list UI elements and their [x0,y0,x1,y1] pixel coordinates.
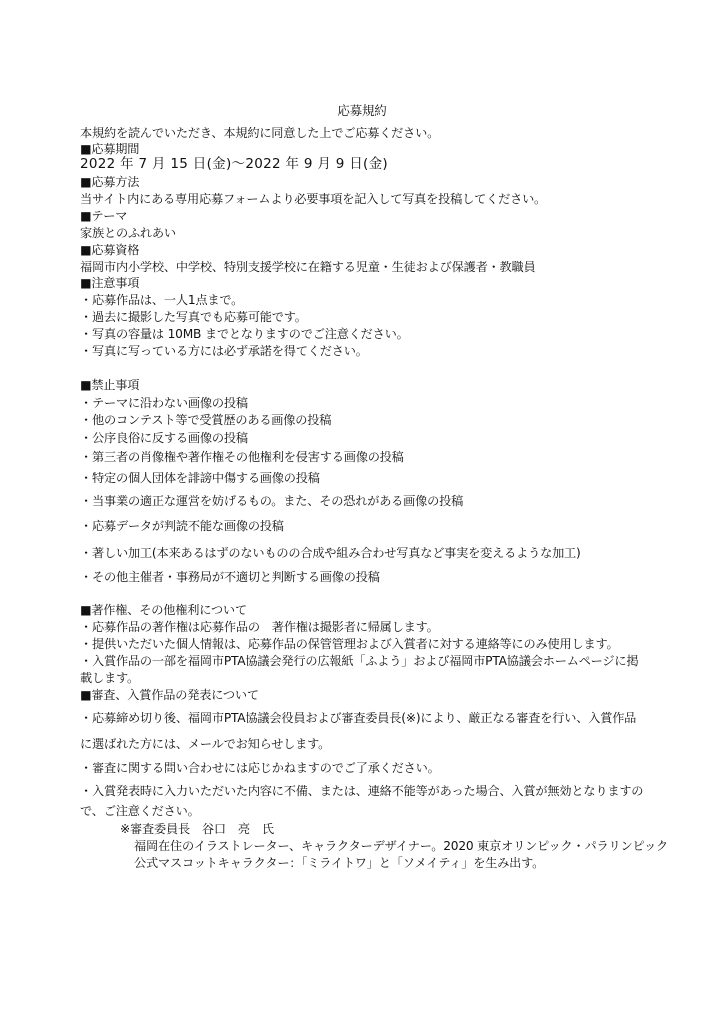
notes-item: ・写真の容量は 10MB までとなりますのでご注意ください。 [80,327,409,341]
prohibited-item: ・応募データが判読不能な画像の投稿 [80,519,284,533]
theme-value: 家族とのふれあい [80,226,176,240]
copyright-item: 載します。 [80,671,139,685]
judging-heading: ■審査、入賞作品の発表について [80,688,259,702]
prohibited-item: ・第三者の肖像権や著作権その他権利を侵害する画像の投稿 [80,450,404,464]
prohibited-heading: ■禁止事項 [80,378,139,392]
copyright-item: ・入賞作品の一部を福岡市PTA協議会発行の広報紙「ふよう」および福岡市PTA協議… [80,654,638,668]
period-heading: ■応募期間 [80,142,139,156]
judging-item: で、ご注意ください。 [80,804,200,818]
eligibility-value: 福岡市内小学校、中学校、特別支援学校に在籍する児童・生徒および保護者・教職員 [80,260,536,274]
judge-bio: 公式マスコットキャラクター：「ミライトワ」と「ソメイティ」を生み出す。 [134,856,544,870]
judge-name: ※審査委員長 谷口 亮 氏 [120,822,274,836]
notes-item: ・過去に撮影した写真でも応募可能です。 [80,310,307,324]
copyright-item: ・応募作品の著作権は応募作品の 著作権は撮影者に帰属します。 [80,620,439,634]
prohibited-item: ・テーマに沿わない画像の投稿 [80,396,248,410]
eligibility-heading: ■応募資格 [80,243,139,257]
judging-item: ・応募締め切り後、福岡市PTA協議会役員および審査委員長(※)により、厳正なる審… [80,711,636,725]
prohibited-item: ・著しい加工(本来あるはずのないものの合成や組み合わせ写真など事実を変えるような… [80,546,581,560]
notes-item: ・応募作品は、一人1点まで。 [80,293,243,307]
prohibited-item: ・その他主催者・事務局が不適切と判断する画像の投稿 [80,570,380,584]
copyright-heading: ■著作権、その他権利について [80,603,247,617]
theme-heading: ■テーマ [80,209,127,223]
notes-heading: ■注意事項 [80,276,139,290]
method-heading: ■応募方法 [80,175,139,189]
method-value: 当サイト内にある専用応募フォームより必要事項を記入して写真を投稿してください。 [80,192,546,206]
judging-item: ・審査に関する問い合わせには応じかねますのでご了承ください。 [80,761,440,775]
prohibited-item: ・公序良俗に反する画像の投稿 [80,431,248,445]
prohibited-item: ・当事業の適正な運営を妨げるもの。また、その恐れがある画像の投稿 [80,494,463,508]
judging-item: に選ばれた方には、メールでお知らせします。 [80,737,330,751]
period-value: 2022 年 7 月 15 日(金)～2022 年 9 月 9 日(金) [80,157,388,171]
judging-item: ・入賞発表時に入力いただいた内容に不備、または、連絡不能等があった場合、入賞が無… [80,784,643,798]
prohibited-item: ・他のコンテスト等で受賞歴のある画像の投稿 [80,413,331,427]
judge-bio: 福岡在住のイラストレーター、キャラクターデザイナー。2020 東京オリンピック・… [134,839,668,853]
intro-text: 本規約を読んでいただき、本規約に同意した上でご応募ください。 [80,126,439,140]
page-title: 応募規約 [0,104,724,118]
prohibited-item: ・特定の個人団体を誹謗中傷する画像の投稿 [80,471,320,485]
notes-item: ・写真に写っている方には必ず承諾を得てください。 [80,344,368,358]
copyright-item: ・提供いただいた個人情報は、応募作品の保管管理および入賞者に対する連絡等にのみ使… [80,637,618,651]
